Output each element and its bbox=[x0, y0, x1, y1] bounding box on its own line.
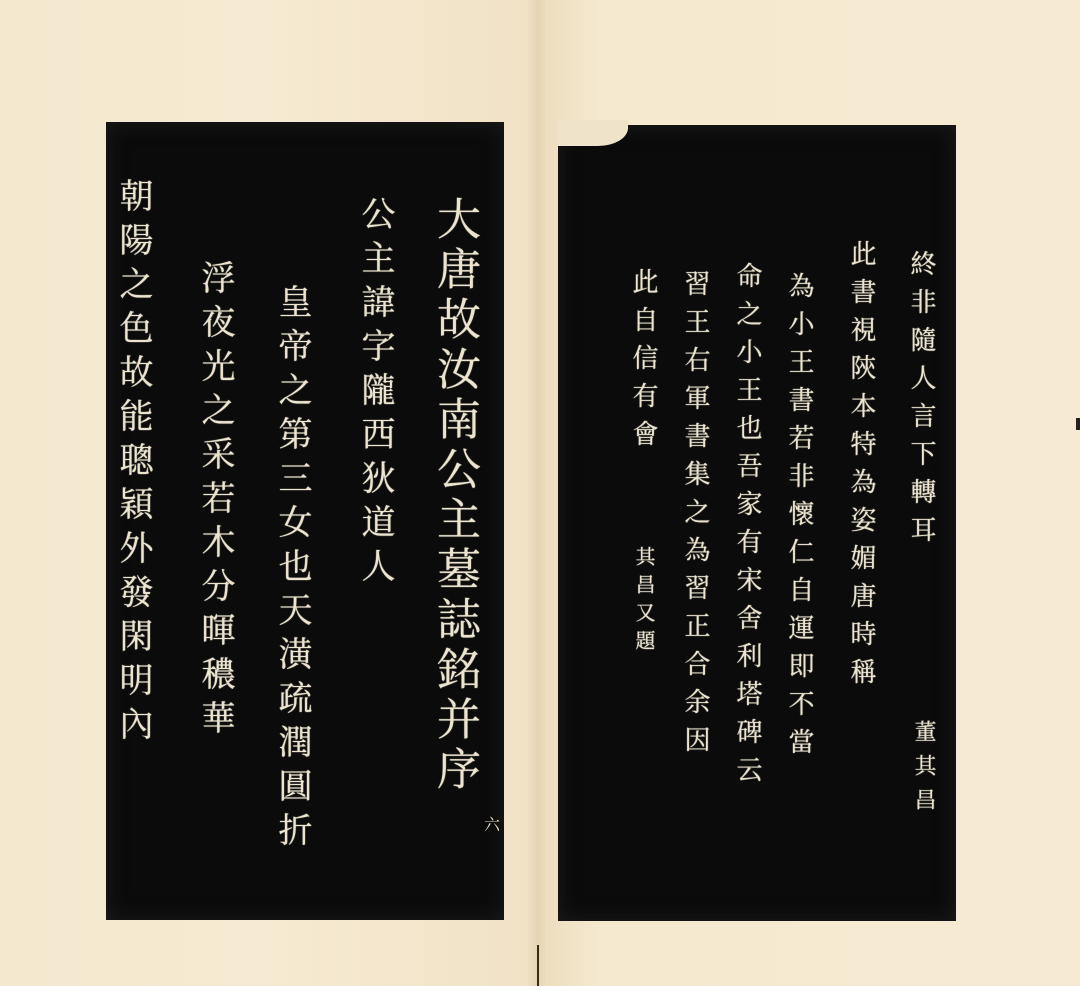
colophon-column-4: 命之小王也吾家有宋舍利塔碑云 bbox=[734, 262, 760, 794]
gutter-crack bbox=[537, 945, 539, 986]
book-gutter bbox=[528, 0, 548, 986]
colophon-column-6: 此自信有會 bbox=[630, 268, 656, 458]
page-edge-mark bbox=[1076, 418, 1080, 430]
colophon-column-5: 習王右軍書集之為習正合余因 bbox=[682, 270, 708, 764]
text-column-4: 浮夜光之采若木分暉穠華 bbox=[198, 260, 232, 744]
text-column-5: 朝陽之色故能聰穎外發閑明內 bbox=[116, 178, 150, 750]
page-number: 六 bbox=[484, 812, 500, 835]
title-column: 大唐故汝南公主墓誌銘并序 bbox=[432, 196, 476, 796]
colophon-column-2: 此書視陝本特為姿媚唐時稱 bbox=[848, 240, 874, 696]
colophon-column-3: 為小王書若非懷仁自運即不當 bbox=[786, 272, 812, 766]
signature-dong-qichang: 董其昌 bbox=[912, 720, 934, 822]
text-column-2: 公主諱字隴西狄道人 bbox=[358, 196, 392, 592]
colophon-column-1: 終非隨人言下轉耳 bbox=[908, 250, 934, 554]
signature-qichang-again: 其昌又題 bbox=[634, 546, 654, 658]
text-column-3: 皇帝之第三女也天潢疏潤圓折 bbox=[275, 284, 309, 856]
